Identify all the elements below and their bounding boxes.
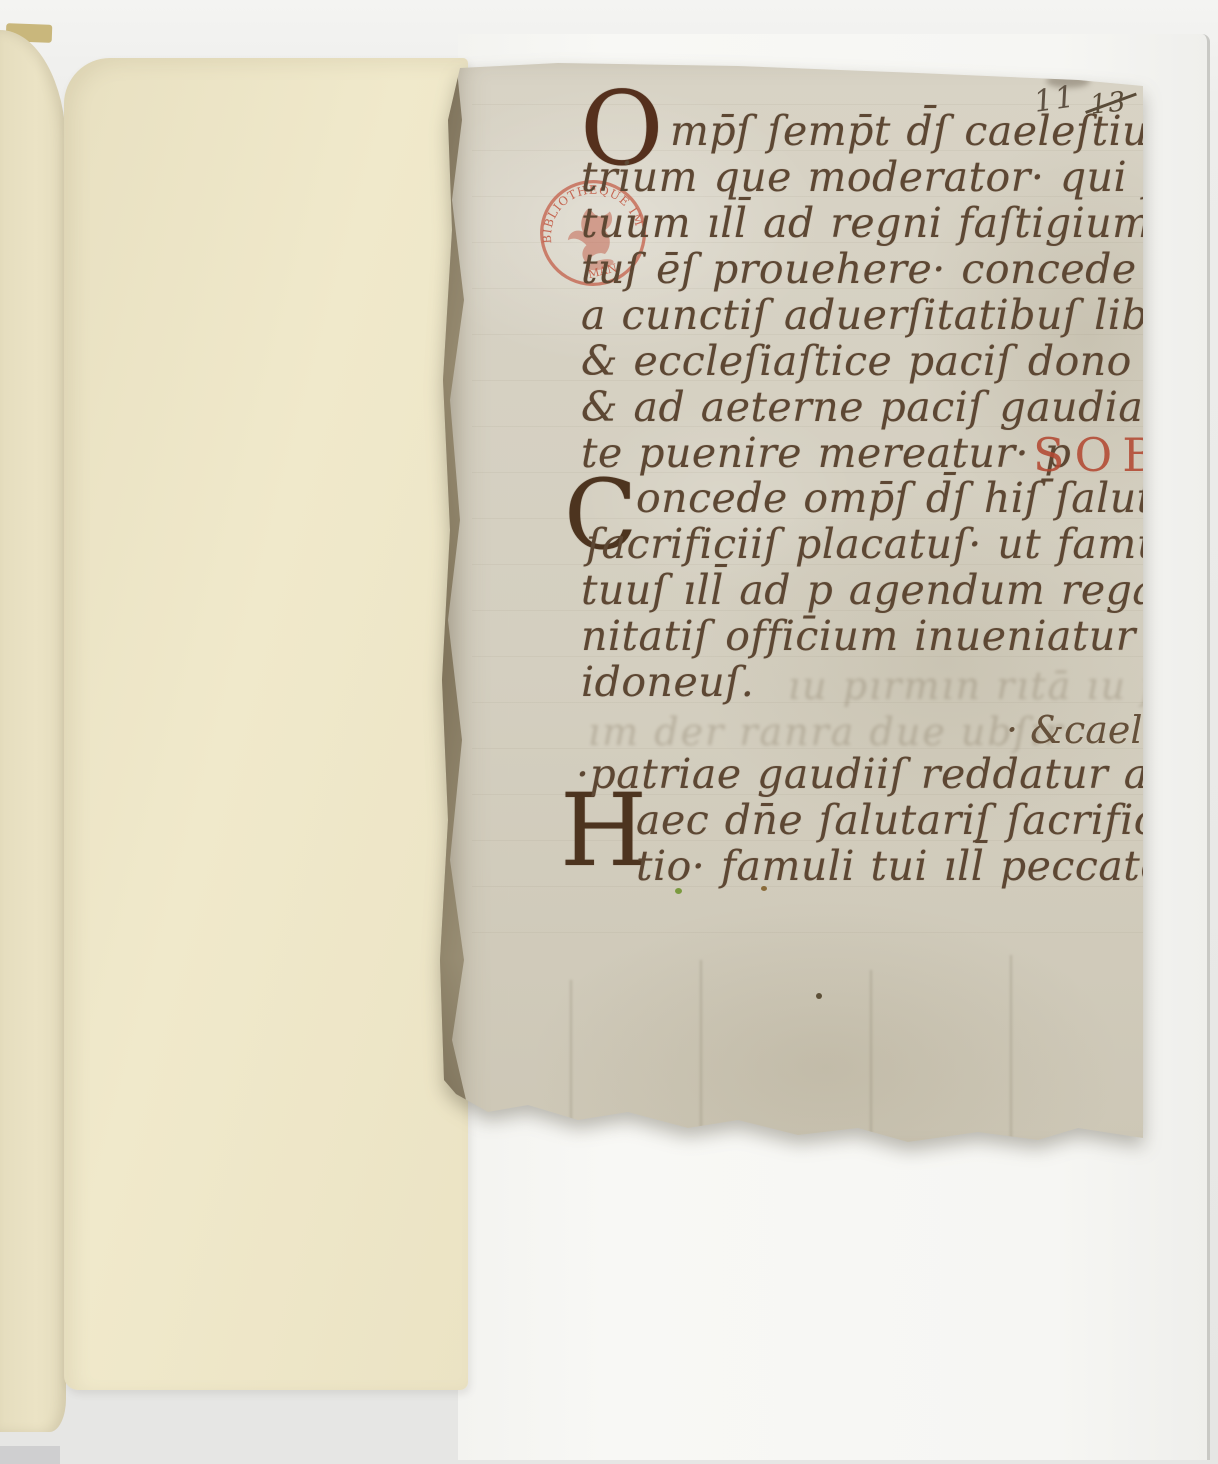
gutter-edge bbox=[438, 60, 468, 1155]
speck bbox=[816, 993, 822, 999]
manuscript-line: aec dn̄e ſalutariſ ſacrificii ob bbox=[636, 800, 1143, 841]
crease bbox=[700, 960, 702, 1145]
flyleaf-page bbox=[64, 58, 468, 1390]
crease bbox=[570, 980, 572, 1145]
parchment-folio: BIBLIOTHEQUE IMPERIALE MAN 11 13 O C H m… bbox=[438, 60, 1143, 1155]
cradle-edge bbox=[0, 1446, 60, 1464]
initial-H: H bbox=[560, 786, 647, 876]
manuscript-line: nitatiſ officium inueniatur ſer bbox=[581, 616, 1143, 657]
manuscript-line: te puenire mereatur· p̱ bbox=[581, 433, 1071, 474]
line-end-note: · &cael bbox=[1006, 708, 1143, 752]
manuscript-line: a cunctiſ aduerſitatibuſ liber bbox=[581, 295, 1143, 336]
book-fore-edge-page bbox=[0, 30, 66, 1432]
manuscript-line: idoneuſ. bbox=[581, 662, 754, 703]
manuscript-line: oncede omp̄ſ d̄ſ hiſ ſalutari bbox=[636, 478, 1143, 519]
manuscript-photo: BIBLIOTHEQUE IMPERIALE MAN 11 13 O C H m… bbox=[0, 0, 1218, 1464]
manuscript-line: tuum ıll̄ ad regni faſtigium dig bbox=[581, 203, 1143, 244]
manuscript-line: tuſ ēſ prouehere· concede ei q̄ bbox=[581, 249, 1143, 290]
manuscript-line: & eccleſiaſtice paciſ dono mun bbox=[581, 341, 1143, 382]
crease bbox=[870, 970, 872, 1145]
manuscript-line: ſacrificiiſ placatuſ· ut famul bbox=[586, 524, 1143, 565]
crease bbox=[1010, 955, 1012, 1145]
manuscript-line: & ad aeterne paciſ gaudia te d bbox=[581, 387, 1143, 428]
manuscript-line: tuuſ ıll̄ ad p̱ agendum regaliſ bbox=[581, 570, 1143, 611]
manuscript-line: tio· famuli tui ıll̄ peccatorun bbox=[636, 846, 1143, 887]
manuscript-line: mp̄ſ ſemp̄t d̄ſ caeleſtium te bbox=[670, 111, 1143, 152]
show-through-text: ıu pırmın rıtā ıu ſto bbox=[788, 664, 1143, 708]
manuscript-line: ·patriae gaudiiſ reddatur accep bbox=[576, 754, 1143, 795]
parchment-surface: BIBLIOTHEQUE IMPERIALE MAN 11 13 O C H m… bbox=[438, 60, 1143, 1155]
show-through-text: ım der ranra due ubſır bbox=[588, 710, 1064, 754]
manuscript-line: trium que moderator· qui fa bbox=[581, 157, 1143, 198]
